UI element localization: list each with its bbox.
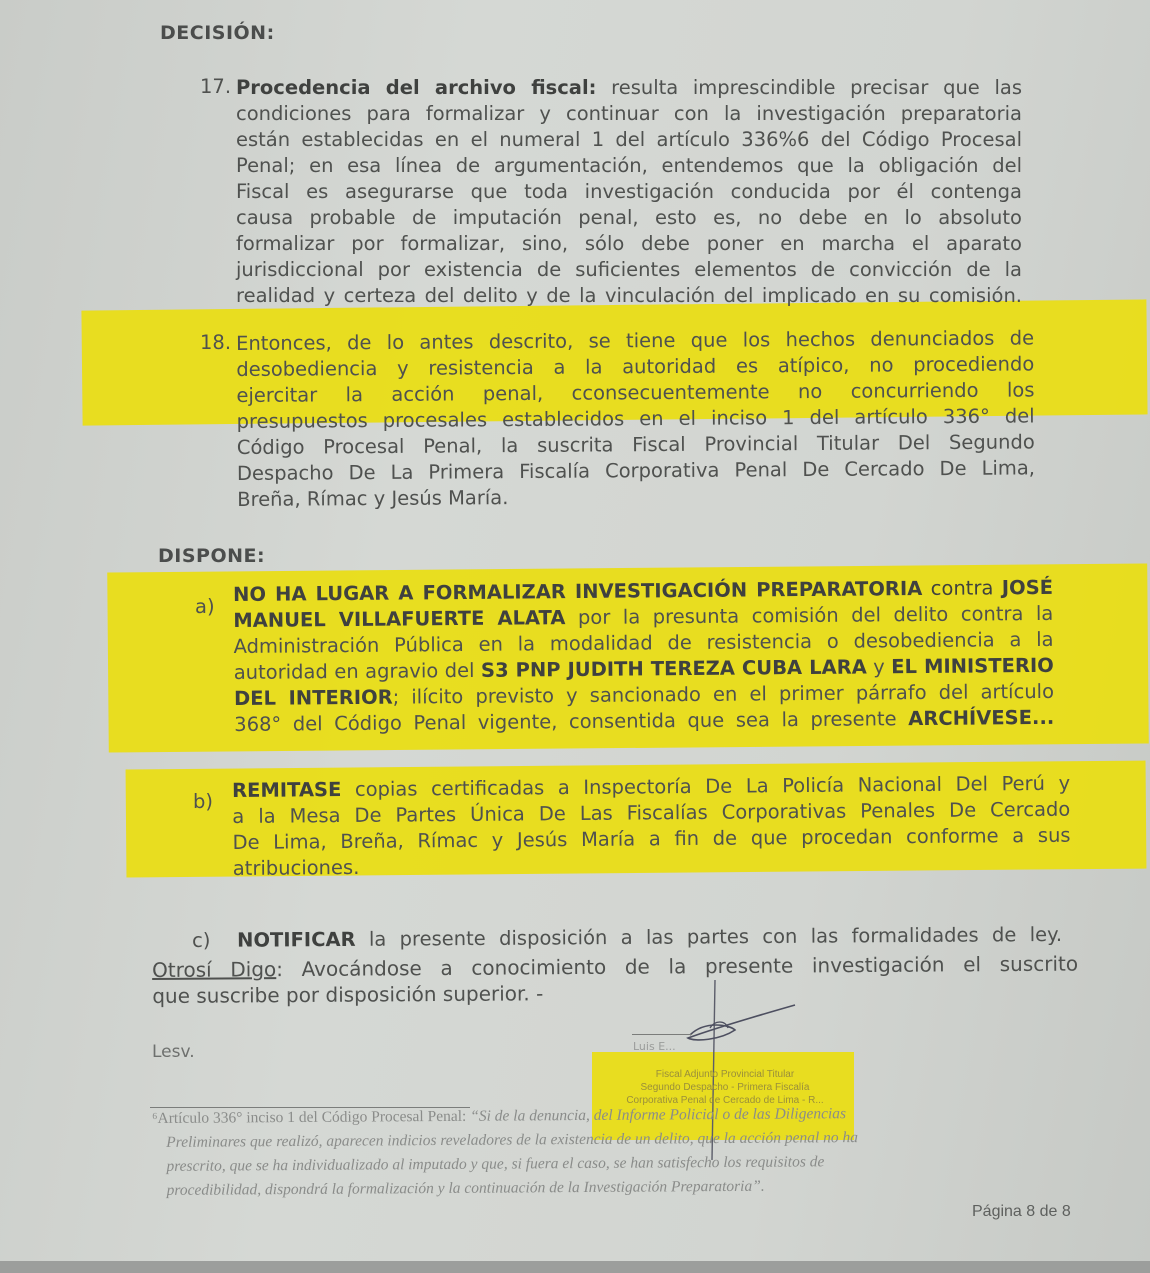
text-line: resulta imprescindible precisar que las xyxy=(596,76,1022,99)
text-line: que suscribe por disposición superior. - xyxy=(152,977,1078,1009)
bold-text: NOTIFICAR xyxy=(237,928,356,952)
paragraph-18-number: 18. xyxy=(200,331,231,354)
paragraph-18: Entonces, de lo antes descrito, se tiene… xyxy=(236,325,1035,513)
item-a: NO HA LUGAR A FORMALIZAR INVESTIGACIÓN P… xyxy=(233,575,1054,738)
text-line: procedibilidad, dispondrá la formalizaci… xyxy=(153,1172,1093,1203)
text: por la presunta comisión del delito cont… xyxy=(565,602,1053,629)
signer-name: Luis E... xyxy=(633,1040,676,1053)
defendant-name: JOSÉ xyxy=(1002,576,1053,599)
text-line: Despacho De La Primera Fiscalía Corporat… xyxy=(237,455,1035,487)
text: ; ilícito previsto y sancionado en el pr… xyxy=(393,680,1055,709)
item-c: c) NOTIFICAR la presente disposición a l… xyxy=(192,922,1062,954)
dispone-heading: DISPONE: xyxy=(158,545,265,567)
text-line: Penal; en esa línea de argumentación, en… xyxy=(236,153,1022,179)
text-line: Breña, Rímac y Jesús María. xyxy=(237,481,1035,513)
text: autoridad en agravio del xyxy=(234,659,481,684)
text: 368° del Código Penal vigente, consentid… xyxy=(234,707,908,736)
text-line: están establecidas en el numeral 1 del a… xyxy=(236,127,1022,153)
official-stamp: Fiscal Adjunto Provincial Titular Segund… xyxy=(600,1068,850,1107)
aggrieved-party: DEL INTERIOR xyxy=(234,686,393,710)
text: “Si de la denuncia, del Informe Policial… xyxy=(470,1105,846,1125)
text-line: jurisdiccional por existencia de suficie… xyxy=(236,257,1022,283)
bold-text: NO HA LUGAR A FORMALIZAR INVESTIGACIÓN P… xyxy=(233,577,922,606)
paragraph-17-number: 17. xyxy=(200,75,231,98)
text: la presente disposición a las partes con… xyxy=(355,923,1062,951)
stamp-line: Segundo Despacho - Primera Fiscalía xyxy=(600,1081,850,1094)
footnote: ⁶Artículo 336° inciso 1 del Código Proce… xyxy=(152,1100,1093,1203)
text-line: formalizar por formalizar, sino, sólo de… xyxy=(236,231,1022,257)
item-c-marker: c) xyxy=(192,929,211,952)
paragraph-17: Procedencia del archivo fiscal: resulta … xyxy=(236,75,1022,309)
defendant-name: MANUEL VILLAFUERTE ALATA xyxy=(233,606,565,632)
text-line: realidad y certeza del delito y de la vi… xyxy=(236,283,1022,309)
scanned-document-page: DECISIÓN: 17. Procedencia del archivo fi… xyxy=(0,0,1150,1273)
aggrieved-party: S3 PNP JUDITH TEREZA CUBA LARA xyxy=(481,655,867,681)
footnote-lead: ⁶Artículo 336° inciso 1 del Código Proce… xyxy=(152,1108,470,1127)
signature-line xyxy=(632,1034,692,1035)
stamp-line: Fiscal Adjunto Provincial Titular xyxy=(600,1068,850,1081)
aggrieved-party: EL MINISTERIO xyxy=(891,654,1054,678)
text-line: condiciones para formalizar y continuar … xyxy=(236,101,1022,127)
bold-text: REMITASE xyxy=(232,778,341,802)
text: y xyxy=(867,655,892,678)
otrosi-digo: Otrosí Digo: Avocándose a conocimiento d… xyxy=(152,951,1078,1009)
item-a-marker: a) xyxy=(195,595,215,618)
item-b-marker: b) xyxy=(193,790,213,813)
item-b: REMITASE copias certificadas a Inspector… xyxy=(232,771,1071,882)
text-line: Fiscal es asegurarse que toda investigac… xyxy=(236,179,1022,205)
text-line: causa probable de imputación penal, esto… xyxy=(236,205,1022,231)
decision-heading: DECISIÓN: xyxy=(160,22,275,44)
archive-order: ARCHÍVESE... xyxy=(908,706,1054,730)
text: contra xyxy=(922,576,1002,600)
paragraph-17-title: Procedencia del archivo fiscal: xyxy=(236,76,596,99)
initials: Lesv. xyxy=(152,1042,195,1062)
page-number: Página 8 de 8 xyxy=(972,1203,1071,1221)
otrosi-label: Otrosí Digo xyxy=(152,957,276,982)
scan-bottom-edge xyxy=(0,1261,1150,1273)
